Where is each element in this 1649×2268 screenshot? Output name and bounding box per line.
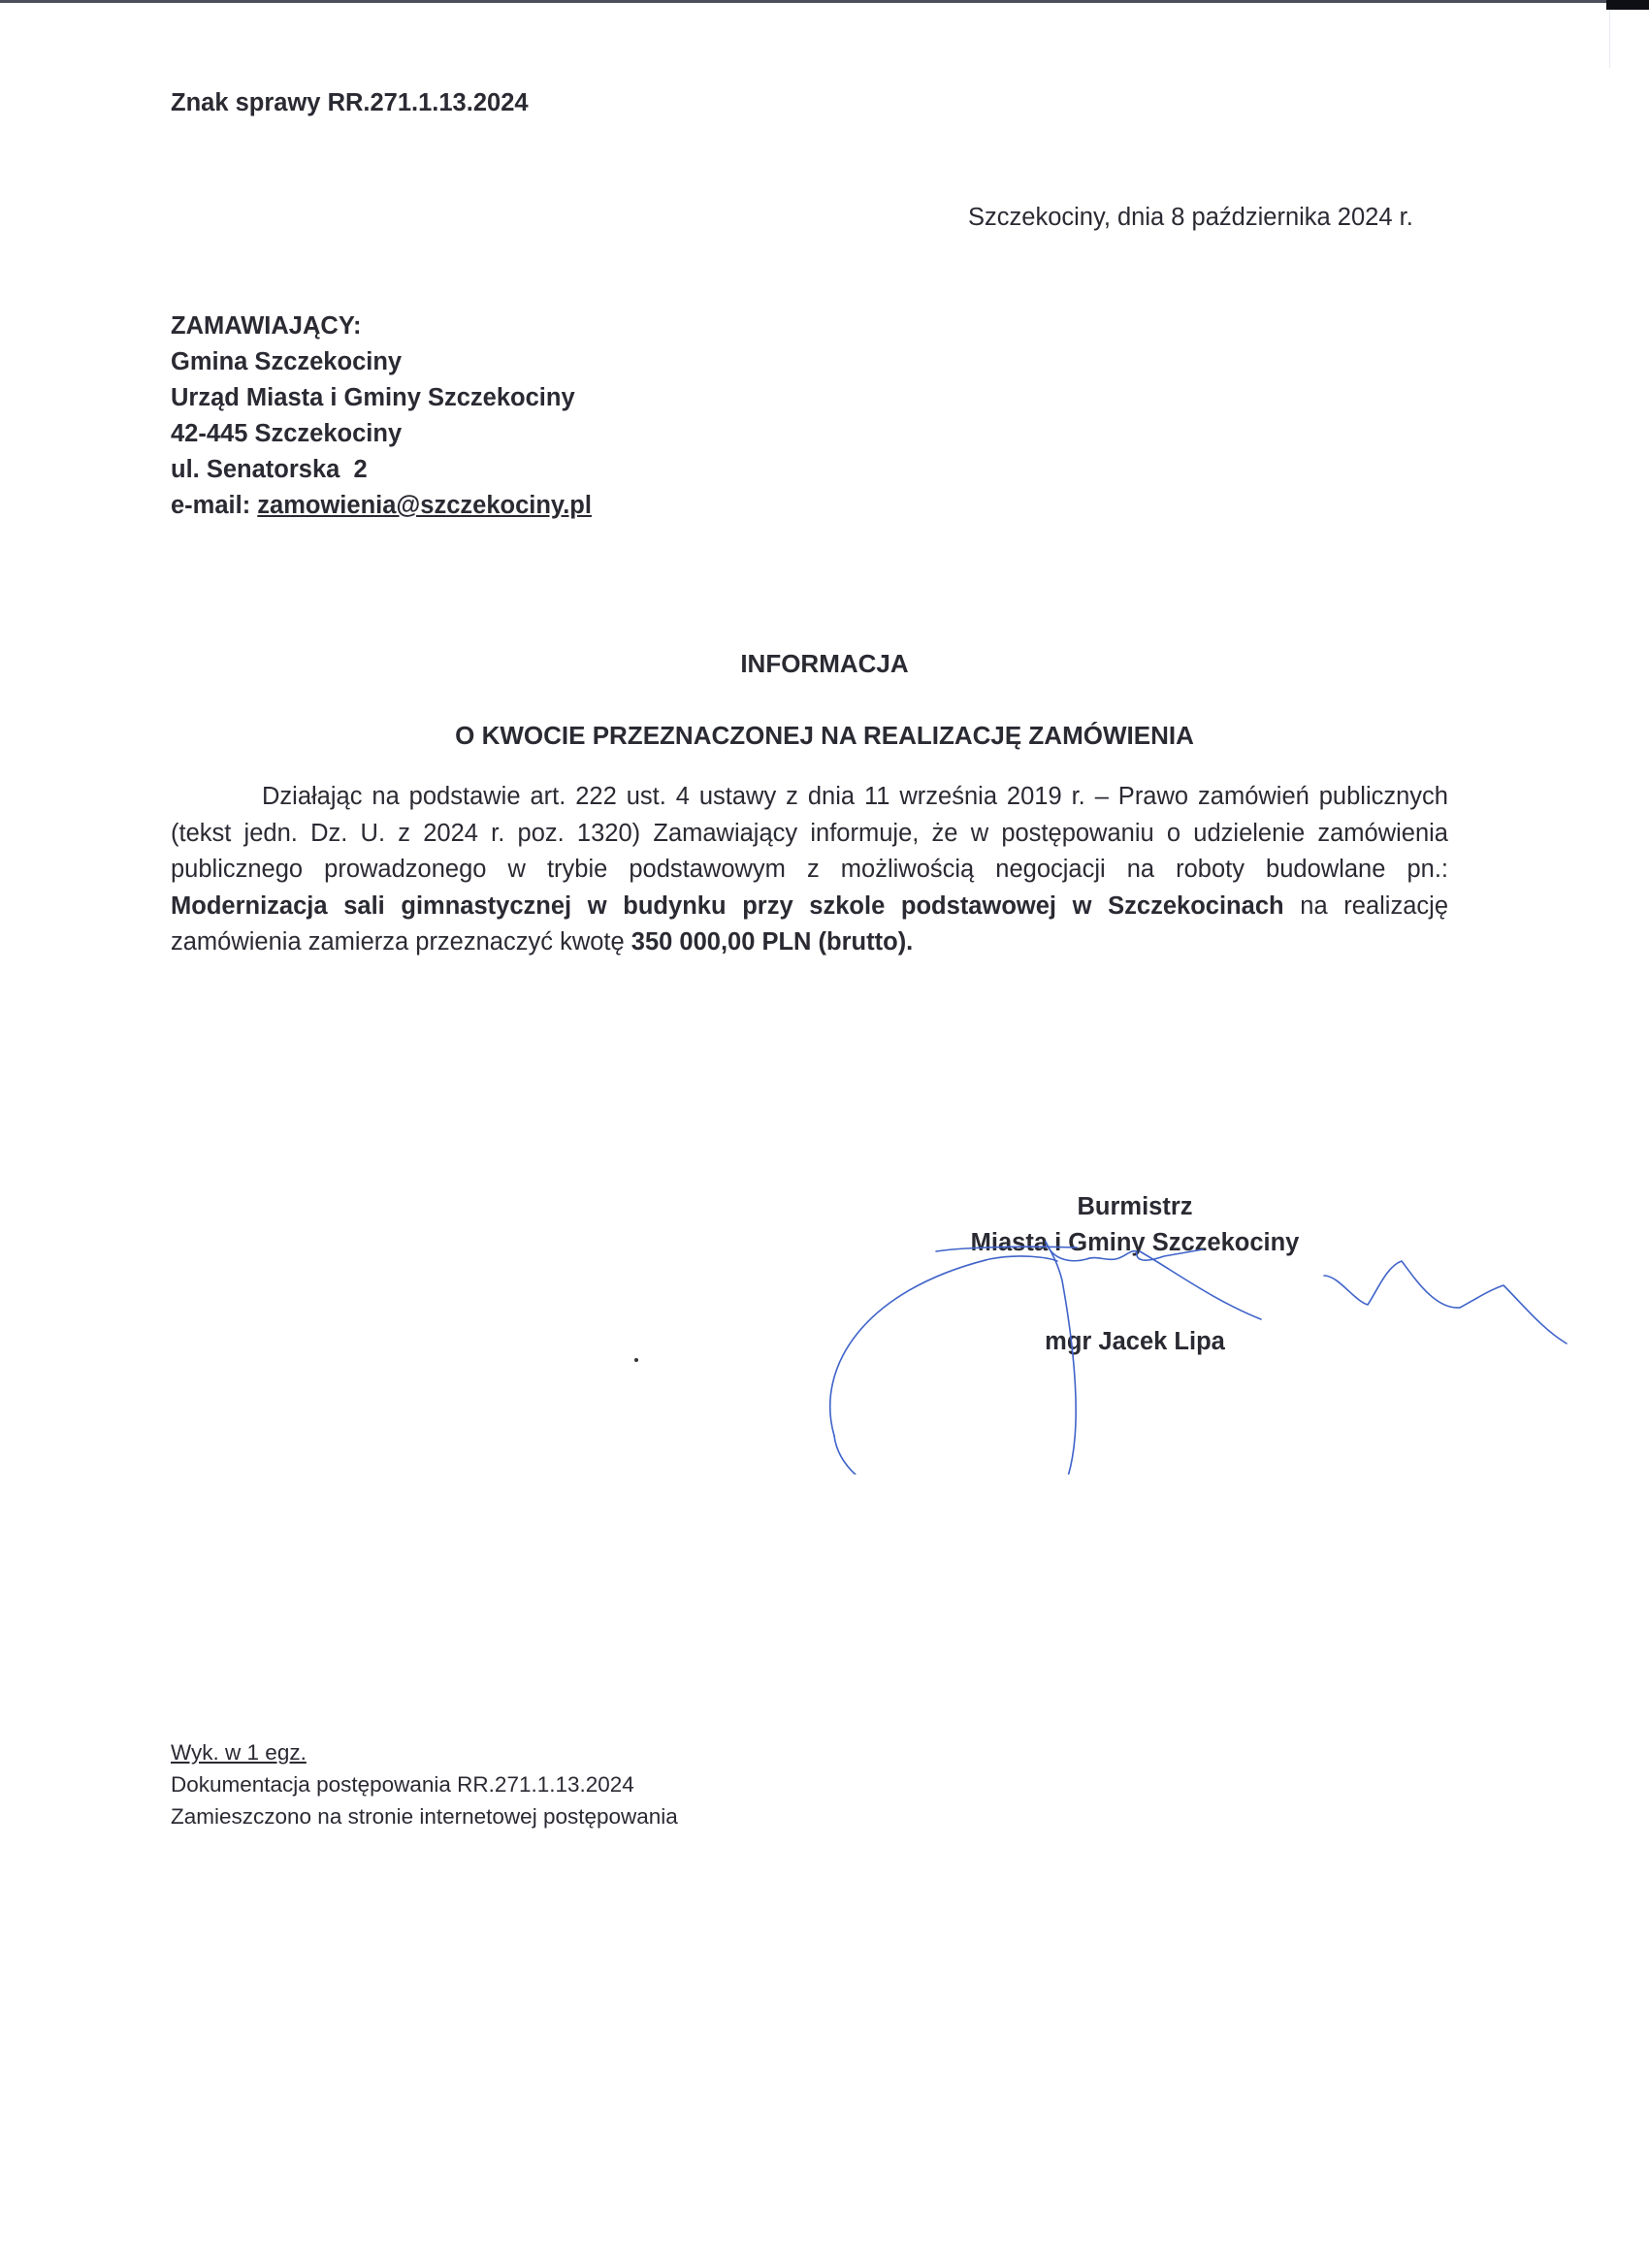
body-paragraph: Działając na podstawie art. 222 ust. 4 u… — [171, 779, 1448, 961]
email-link[interactable]: zamowienia@szczekociny.pl — [257, 492, 592, 519]
orderer-line: Urząd Miasta i Gminy Szczekociny — [171, 380, 592, 416]
scan-edge-top — [0, 0, 1649, 3]
body-text: Działając na podstawie art. 222 ust. 4 u… — [171, 783, 1448, 883]
signer-office: Miasta i Gminy Szczekociny — [931, 1225, 1339, 1261]
document-subtitle: O KWOCIE PRZEZNACZONEJ NA REALIZACJĘ ZAM… — [0, 716, 1649, 755]
orderer-line: 42-445 Szczekociny — [171, 416, 592, 452]
scan-edge-right — [1609, 10, 1610, 68]
publication-note: Zamieszczono na stronie internetowej pos… — [171, 1800, 678, 1832]
email-label: e-mail: — [171, 492, 257, 519]
document-title-block: INFORMACJA O KWOCIE PRZEZNACZONEJ NA REA… — [0, 644, 1649, 755]
orderer-email-row: e-mail: zamowienia@szczekociny.pl — [171, 488, 592, 524]
case-number: Znak sprawy RR.271.1.13.2024 — [171, 85, 529, 121]
orderer-line: ul. Senatorska 2 — [171, 452, 592, 488]
scan-corner-mark — [1606, 0, 1649, 10]
signer-name: mgr Jacek Lipa — [931, 1324, 1339, 1360]
orderer-label: ZAMAWIAJĄCY: — [171, 308, 592, 344]
place-and-date: Szczekociny, dnia 8 października 2024 r. — [968, 200, 1413, 236]
project-name: Modernizacja sali gimnastycznej w budynk… — [171, 892, 1284, 920]
scan-speck — [634, 1358, 638, 1362]
orderer-line: Gmina Szczekociny — [171, 344, 592, 380]
signer-title: Burmistrz — [931, 1189, 1339, 1225]
document-title: INFORMACJA — [0, 644, 1649, 683]
signature-block: Burmistrz Miasta i Gminy Szczekociny mgr… — [931, 1189, 1339, 1360]
amount: 350 000,00 PLN (brutto). — [631, 928, 914, 956]
documentation-note: Dokumentacja postępowania RR.271.1.13.20… — [171, 1768, 678, 1800]
footer-notes: Wyk. w 1 egz. Dokumentacja postępowania … — [171, 1736, 678, 1832]
copies-note: Wyk. w 1 egz. — [171, 1736, 678, 1768]
orderer-block: ZAMAWIAJĄCY: Gmina Szczekociny Urząd Mia… — [171, 308, 592, 524]
